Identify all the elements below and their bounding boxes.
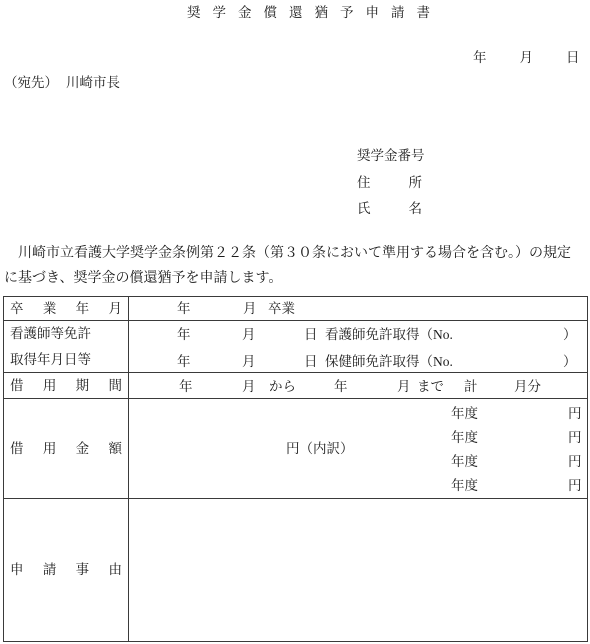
breakdown4-nendo-label: 年度 xyxy=(451,479,478,493)
application-form-page: 奨学金償還猶予申請書 年 月 日 （宛先） 川崎市長 奨学金番号 住所 氏名 川… xyxy=(0,0,590,644)
graduation-label-cell: 卒業年月 xyxy=(4,297,129,320)
graduation-value-cell: 年 月 卒業 xyxy=(129,297,587,320)
loan-period-label: 借用期間 xyxy=(4,373,128,399)
license2-month-label: 月 xyxy=(242,355,256,369)
graduation-label: 卒業年月 xyxy=(4,296,128,322)
reason-label: 申請事由 xyxy=(4,557,128,583)
name-label: 氏名 xyxy=(357,202,422,216)
loan-amount-label: 借用金額 xyxy=(4,436,128,462)
loan-period-value-cell: 年 月 から 年 月 まで 計 月分 xyxy=(129,372,587,398)
breakdown3-yen-label: 円 xyxy=(568,455,582,469)
addressee-line: （宛先） 川崎市長 xyxy=(4,76,120,90)
license-label-line1: 看護師等免許 xyxy=(4,321,97,347)
license1-text: 看護師免許取得（No. xyxy=(325,328,453,342)
license2-year-label: 年 xyxy=(177,355,191,369)
license-label-cell: 看護師等免許 取得年月日等 xyxy=(4,320,129,372)
period-year1-label: 年 xyxy=(179,380,193,394)
period-month1-label: 月 xyxy=(242,380,256,394)
addressee-name: 川崎市長 xyxy=(66,76,120,90)
license1-year-label: 年 xyxy=(177,328,191,342)
addressee-prefix: （宛先） xyxy=(4,76,58,90)
license1-close-paren: ） xyxy=(563,328,577,342)
license1-month-label: 月 xyxy=(242,328,256,342)
period-year2-label: 年 xyxy=(334,380,348,394)
license1-day-label: 日 xyxy=(304,328,318,342)
graduation-year-label: 年 xyxy=(177,302,191,316)
period-from-label: から xyxy=(269,380,296,394)
date-month-label: 月 xyxy=(520,51,534,65)
reason-value-cell xyxy=(129,498,587,641)
address-label: 住所 xyxy=(357,176,422,190)
breakdown1-nendo-label: 年度 xyxy=(451,407,478,421)
breakdown1-yen-label: 円 xyxy=(568,407,582,421)
period-months-label: 月分 xyxy=(514,380,541,394)
license2-close-paren: ） xyxy=(563,355,577,369)
page-title: 奨学金償還猶予申請書 xyxy=(187,6,442,20)
license-label-line2: 取得年月日等 xyxy=(4,347,97,373)
body-paragraph-line2: に基づき、奨学金の償還猶予を申請します。 xyxy=(4,272,586,286)
loan-period-label-cell: 借用期間 xyxy=(4,372,129,398)
date-line: 年 月 日 xyxy=(473,51,580,65)
period-month2-label: 月 xyxy=(397,380,411,394)
graduation-suffix: 卒業 xyxy=(268,302,295,316)
breakdown3-nendo-label: 年度 xyxy=(451,455,478,469)
loan-amount-label-cell: 借用金額 xyxy=(4,398,129,498)
date-year-label: 年 xyxy=(473,51,487,65)
license2-day-label: 日 xyxy=(304,355,318,369)
body-paragraph-line1: 川崎市立看護大学奨学金条例第２２条（第３０条において準用する場合を含む。）の規定 xyxy=(4,247,586,261)
period-total-label: 計 xyxy=(464,380,478,394)
breakdown4-yen-label: 円 xyxy=(568,479,582,493)
date-day-label: 日 xyxy=(566,51,580,65)
loan-amount-value-cell: 円（内訳） 年度 円 年度 円 年度 円 年度 円 xyxy=(129,398,587,498)
breakdown2-nendo-label: 年度 xyxy=(451,431,478,445)
reason-label-cell: 申請事由 xyxy=(4,498,129,641)
scholarship-number-label: 奨学金番号 xyxy=(357,149,425,163)
period-to-label: まで xyxy=(417,380,444,394)
license2-text: 保健師免許取得（No. xyxy=(325,355,453,369)
breakdown2-yen-label: 円 xyxy=(568,431,582,445)
graduation-month-label: 月 xyxy=(243,302,257,316)
application-table: 卒業年月 年 月 卒業 看護師等免許 取得年月日等 年 月 日 看護師免許取得（… xyxy=(3,296,588,642)
loan-amount-center-label: 円（内訳） xyxy=(286,442,354,456)
license-value-cell: 年 月 日 看護師免許取得（No. ） 年 月 日 保健師免許取得（No. ） xyxy=(129,320,587,372)
